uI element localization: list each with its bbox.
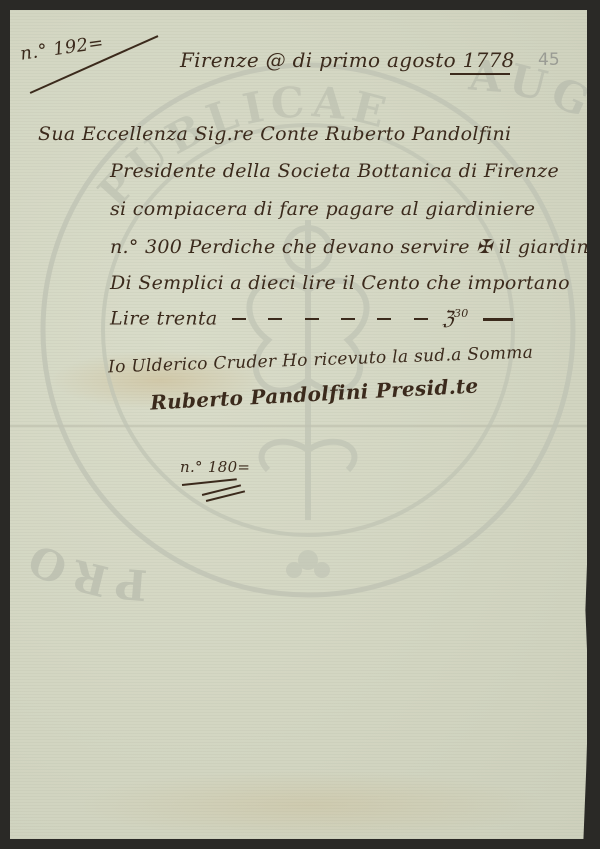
currency-symbol: ℨ — [442, 307, 454, 329]
svg-text:PUBLICAE: PUBLICAE — [88, 77, 396, 216]
note-underline — [182, 478, 237, 485]
folio-number: 45 — [538, 50, 560, 70]
body-line-6: Lire trenta ℨ30 — [110, 307, 521, 329]
amount-value: 30 — [454, 307, 469, 320]
body-line-5: Di Semplici a dieci lire il Cento che im… — [110, 272, 570, 294]
filler-dash — [377, 318, 391, 320]
foxing-stain — [70, 770, 550, 839]
filler-dash — [483, 318, 513, 321]
place-date: Firenze @ di primo agosto 1778 — [180, 48, 515, 72]
body-line-3: si compiacera di fare pagare al giardini… — [110, 198, 535, 220]
filler-dash — [305, 318, 319, 320]
paper-fold — [10, 425, 587, 427]
amount-words: Lire trenta — [110, 307, 218, 329]
filler-dash — [268, 318, 282, 320]
filler-dash — [341, 318, 355, 320]
manuscript-page: PROSPERITATI PUBLICAE AUGENDAE n.° 192= … — [10, 10, 587, 839]
filler-dash — [232, 318, 246, 320]
body-line-1: Sua Eccellenza Sig.re Conte Ruberto Pand… — [38, 123, 511, 145]
catalog-number: n.° 192= — [19, 32, 105, 64]
receipt-statement: Io Ulderico Cruder Ho ricevuto la sud.a … — [108, 343, 534, 378]
filler-dash — [414, 318, 428, 320]
body-line-2: Presidente della Societa Bottanica di Fi… — [110, 160, 559, 182]
bottom-note: n.° 180= — [180, 458, 250, 476]
body-line-4: n.° 300 Perdiche che devano servire ✠ il… — [110, 236, 587, 258]
date-underline — [450, 73, 510, 75]
